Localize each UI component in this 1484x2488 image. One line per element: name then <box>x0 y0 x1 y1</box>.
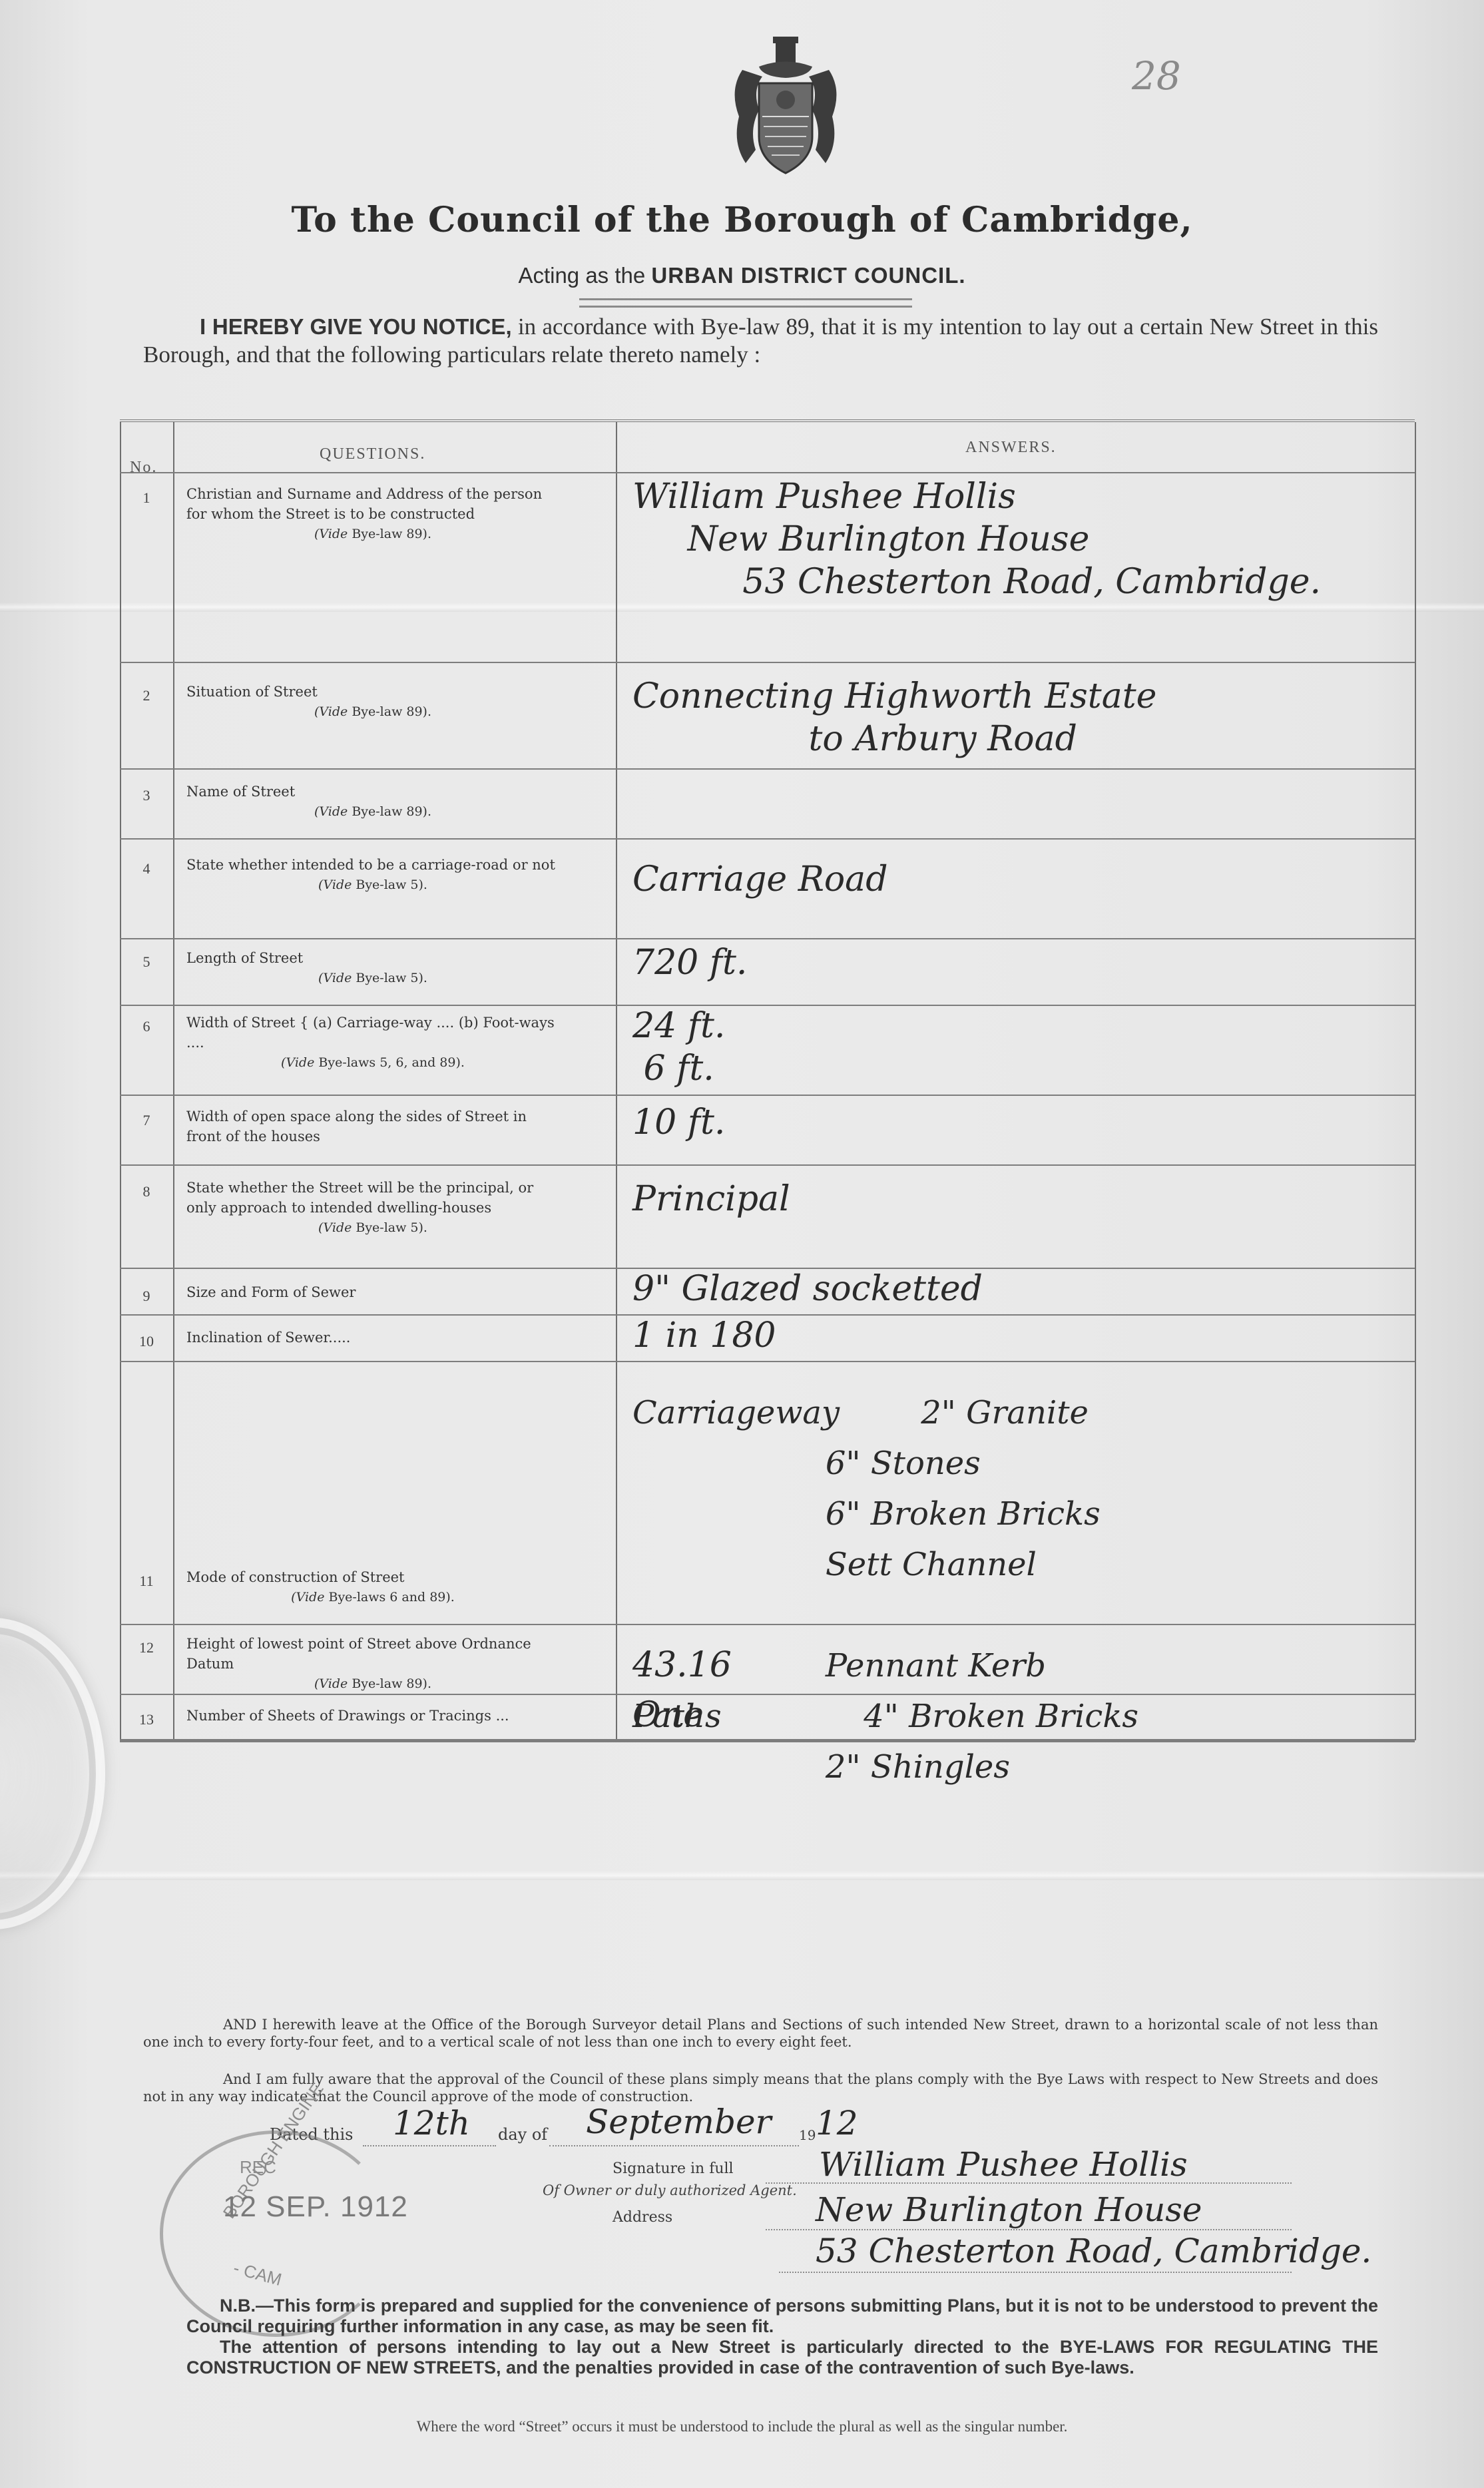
question-main: State whether the Street will be the pri… <box>186 1178 559 1218</box>
vide-reference: (Vide Bye-law 5). <box>186 968 559 988</box>
footer-note: Where the word “Street” occurs it must b… <box>0 2418 1484 2435</box>
row-number: 10 <box>120 1333 173 1350</box>
question-main: Christian and Surname and Address of the… <box>186 484 559 524</box>
answer-field[interactable]: 1 in 180 <box>632 1314 776 1357</box>
header-answers: ANSWERS. <box>965 439 1057 457</box>
vide-reference: (Vide Bye-law 89). <box>186 1674 559 1694</box>
header-questions: QUESTIONS. <box>320 445 425 463</box>
row-number: 7 <box>120 1112 173 1129</box>
vide-label: (Vide <box>318 971 356 985</box>
subtitle-prefix: Acting as the <box>518 263 645 288</box>
answer-field[interactable]: William Pushee Hollis New Burlington Hou… <box>632 475 1321 603</box>
year-value[interactable]: 12 <box>816 2104 858 2142</box>
row-divider <box>120 472 1415 473</box>
vide-label: (Vide <box>314 527 352 541</box>
address-line-2[interactable]: 53 Chesterton Road, Cambridge. <box>816 2232 1371 2270</box>
row-number: 4 <box>120 860 173 877</box>
question-text: Width of Street { (a) Carriage-way .... … <box>186 1013 559 1073</box>
question-text: Situation of Street(Vide Bye-law 89). <box>186 682 559 722</box>
question-main: State whether intended to be a carriage-… <box>186 855 559 875</box>
notes-block: N.B.—This form is prepared and supplied … <box>186 2296 1378 2378</box>
row-divider <box>120 838 1415 840</box>
vide-reference: (Vide Bye-laws 6 and 89). <box>186 1587 559 1607</box>
address-label: Address <box>613 2209 672 2226</box>
vide-label: (Vide <box>314 704 352 719</box>
question-main: Width of open space along the sides of S… <box>186 1107 559 1146</box>
day-of-label: day of <box>498 2125 547 2144</box>
answer-field[interactable]: 24 ft. 6 ft. <box>632 1005 725 1090</box>
vide-reference: (Vide Bye-law 89). <box>186 524 559 544</box>
notice-intro: I HEREBY GIVE YOU NOTICE, in accordance … <box>143 313 1378 369</box>
borough-crest-icon <box>722 37 849 180</box>
vide-label: (Vide <box>314 1676 352 1691</box>
question-text: Name of Street(Vide Bye-law 89). <box>186 782 559 822</box>
table-bottom-rule <box>120 1739 1415 1742</box>
answer-field[interactable]: One <box>632 1694 704 1736</box>
row-number: 13 <box>120 1711 173 1728</box>
attention-pre: The attention of persons intending to la… <box>220 2337 1049 2357</box>
vide-reference: (Vide Bye-law 5). <box>186 875 559 895</box>
declaration-paragraph-2: And I am fully aware that the approval o… <box>143 2071 1378 2105</box>
document-title: To the Council of the Borough of Cambrid… <box>0 200 1484 240</box>
document-subtitle: Acting as the URBAN DISTRICT COUNCIL. <box>0 263 1484 288</box>
question-main: Width of Street { (a) Carriage-way .... … <box>186 1013 559 1053</box>
signature-value[interactable]: William Pushee Hollis <box>819 2145 1188 2184</box>
question-text: Height of lowest point of Street above O… <box>186 1634 559 1694</box>
vide-bylaw: Bye-law 89). <box>352 1676 431 1691</box>
question-text: Width of open space along the sides of S… <box>186 1107 559 1146</box>
signature-sublabel: Of Owner or duly authorized Agent. <box>543 2182 797 2198</box>
question-main: Size and Form of Sewer <box>186 1282 559 1302</box>
question-main: Inclination of Sewer..... <box>186 1328 559 1348</box>
vide-bylaw: Bye-law 89). <box>352 804 431 819</box>
row-divider <box>120 662 1415 663</box>
table-divider <box>173 422 174 1740</box>
row-number: 8 <box>120 1183 173 1200</box>
row-divider <box>120 1624 1415 1625</box>
particulars-table: QUESTIONS. No. ANSWERS. 1Christian and S… <box>120 419 1415 1744</box>
row-divider <box>120 1361 1415 1362</box>
row-number: 9 <box>120 1288 173 1305</box>
title-rule <box>579 298 912 308</box>
nb-note: N.B.—This form is prepared and supplied … <box>186 2296 1378 2337</box>
month-value[interactable]: September <box>586 2103 771 2141</box>
answer-field[interactable]: Connecting Highworth Estate to Arbury Ro… <box>632 675 1156 760</box>
vide-bylaw: Bye-law 5). <box>356 877 427 892</box>
question-text: State whether intended to be a carriage-… <box>186 855 559 895</box>
attention-note: The attention of persons intending to la… <box>186 2337 1378 2378</box>
vide-reference: (Vide Bye-law 5). <box>186 1218 559 1238</box>
year-prefix: 19 <box>799 2127 816 2143</box>
question-main: Number of Sheets of Drawings or Tracings… <box>186 1706 559 1726</box>
answer-field[interactable]: 720 ft. <box>632 941 747 984</box>
answer-field[interactable]: Principal <box>632 1178 790 1220</box>
vide-bylaw: Bye-laws 6 and 89). <box>328 1590 454 1605</box>
row-number: 5 <box>120 953 173 971</box>
paper-fold <box>0 1871 1484 1880</box>
table-border <box>120 422 121 1740</box>
row-divider <box>120 1095 1415 1096</box>
month-field-line <box>549 2145 799 2146</box>
question-main: Situation of Street <box>186 682 559 702</box>
row-number: 6 <box>120 1018 173 1035</box>
vide-label: (Vide <box>318 1220 356 1235</box>
vide-label: (Vide <box>318 877 356 892</box>
signature-label: Signature in full <box>613 2160 734 2177</box>
answer-field[interactable]: 9" Glazed socketted <box>632 1268 983 1310</box>
vide-label: (Vide <box>291 1590 328 1605</box>
stamp-date: 12 SEP. 1912 <box>223 2190 408 2224</box>
day-value[interactable]: 12th <box>393 2104 470 2142</box>
declaration-paragraph-1: AND I herewith leave at the Office of th… <box>143 2016 1378 2051</box>
question-main: Length of Street <box>186 948 559 968</box>
question-main: Mode of construction of Street <box>186 1567 559 1587</box>
notice-lead: I HEREBY GIVE YOU NOTICE, <box>200 314 512 339</box>
day-field-line <box>363 2145 496 2146</box>
row-number: 12 <box>120 1639 173 1656</box>
attention-post: and the penalties provided in case of th… <box>506 2358 1134 2377</box>
vide-label: (Vide <box>314 804 352 819</box>
question-text: Christian and Surname and Address of the… <box>186 484 559 544</box>
answer-field[interactable]: Carriage Road <box>632 858 887 901</box>
table-divider <box>616 422 617 1740</box>
table-border <box>1415 422 1416 1740</box>
question-main: Height of lowest point of Street above O… <box>186 1634 559 1674</box>
vide-reference: (Vide Bye-laws 5, 6, and 89). <box>186 1053 559 1073</box>
row-number: 3 <box>120 787 173 804</box>
question-text: Length of Street(Vide Bye-law 5). <box>186 948 559 988</box>
question-text: Mode of construction of Street(Vide Bye-… <box>186 1567 559 1607</box>
row-number: 1 <box>120 489 173 507</box>
vide-reference: (Vide Bye-law 89). <box>186 702 559 722</box>
row-divider <box>120 938 1415 939</box>
row-divider <box>120 1005 1415 1006</box>
row-divider <box>120 1164 1415 1166</box>
vide-bylaw: Bye-law 89). <box>352 527 431 541</box>
vide-label: (Vide <box>281 1055 318 1070</box>
question-text: Size and Form of Sewer <box>186 1282 559 1302</box>
page-number: 28 <box>1132 53 1181 99</box>
row-number: 2 <box>120 687 173 704</box>
vide-bylaw: Bye-law 89). <box>352 704 431 719</box>
question-main: Name of Street <box>186 782 559 802</box>
answer-field[interactable]: 10 ft. <box>632 1101 725 1144</box>
stamp-ring-mid: REC <box>240 2157 276 2178</box>
address-field-line-2 <box>779 2272 1292 2273</box>
answer-field[interactable]: 43.16 <box>632 1644 732 1686</box>
vide-bylaw: Bye-laws 5, 6, and 89). <box>318 1055 465 1070</box>
address-line-1[interactable]: New Burlington House <box>816 2190 1202 2229</box>
row-divider <box>120 768 1415 770</box>
vide-reference: (Vide Bye-law 89). <box>186 802 559 822</box>
address-field-line-1 <box>766 2229 1292 2230</box>
subtitle-council: URBAN DISTRICT COUNCIL. <box>651 263 965 288</box>
row-number: 11 <box>120 1573 173 1590</box>
answer-field[interactable]: Carriageway 2" Granite 6" Stones 6" Brok… <box>632 1387 1138 1792</box>
question-text: State whether the Street will be the pri… <box>186 1178 559 1238</box>
question-text: Number of Sheets of Drawings or Tracings… <box>186 1706 559 1726</box>
row-divider <box>120 1694 1415 1695</box>
question-text: Inclination of Sewer..... <box>186 1328 559 1348</box>
header-no: No. <box>130 459 157 477</box>
vide-bylaw: Bye-law 5). <box>356 971 427 985</box>
vide-bylaw: Bye-law 5). <box>356 1220 427 1235</box>
